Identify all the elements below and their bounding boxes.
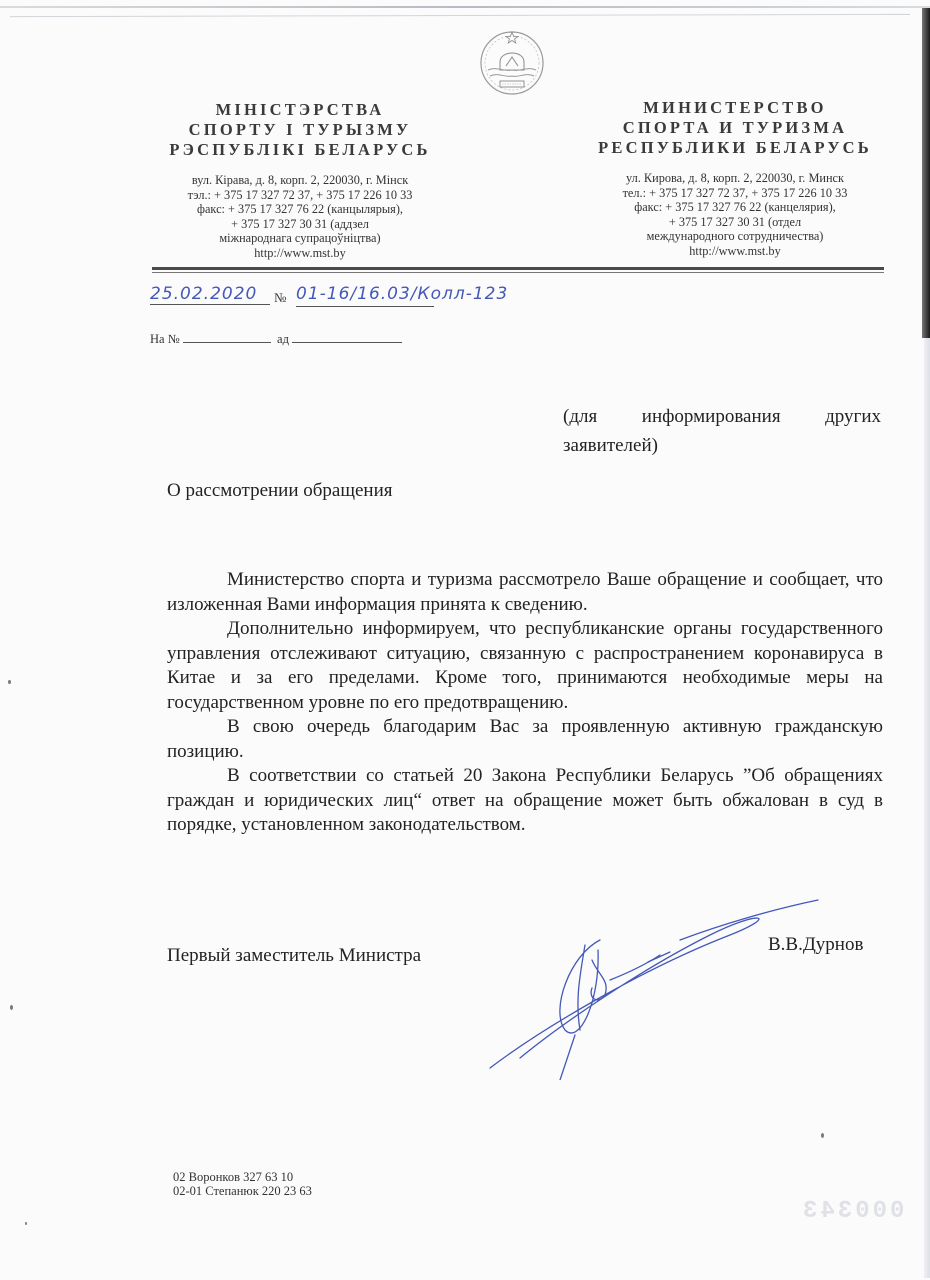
- reference-label: На №: [150, 332, 180, 346]
- page-top-edge: [0, 6, 930, 8]
- contact-line: 02 Воронков 327 63 10: [173, 1171, 312, 1185]
- letterhead-divider: [152, 267, 884, 270]
- handwritten-date: 25.02.2020: [150, 284, 270, 305]
- scan-speck: [8, 680, 11, 684]
- signatory-name: В.В.Дурнов: [768, 934, 863, 956]
- website-link-by[interactable]: http://www.mst.by: [150, 246, 450, 261]
- executor-contacts: 02 Воронков 327 63 10 02-01 Степанюк 220…: [173, 1171, 312, 1198]
- org-name-by: МІНІСТЭРСТВА СПОРТУ І ТУРЫЗМУ РЭСПУБЛІКІ…: [150, 100, 450, 160]
- handwritten-signature: [480, 880, 820, 1080]
- scanner-border: [922, 8, 930, 338]
- reference-date-blank: [292, 341, 402, 343]
- letter-body: Министерство спорта и туризма рассмотрел…: [167, 568, 883, 838]
- addressee: (для информирования других заявителей): [563, 402, 881, 460]
- letterhead-divider-thin: [152, 272, 884, 273]
- scanner-shadow: [924, 338, 930, 1278]
- page-top-edge-line: [10, 14, 910, 17]
- website-link-ru[interactable]: http://www.mst.by: [585, 244, 885, 259]
- address-block-by: вул. Кірава, д. 8, корп. 2, 220030, г. М…: [150, 173, 450, 261]
- reference-from-label: ад: [277, 332, 289, 346]
- body-paragraph: Министерство спорта и туризма рассмотрел…: [167, 568, 883, 617]
- letterhead-belarusian: МІНІСТЭРСТВА СПОРТУ І ТУРЫЗМУ РЭСПУБЛІКІ…: [150, 100, 450, 261]
- contact-line: 02-01 Степанюк 220 23 63: [173, 1185, 312, 1199]
- bleed-through-number: 000343: [800, 1198, 904, 1225]
- scan-speck: [10, 1005, 13, 1010]
- reference-blank: [183, 341, 271, 343]
- scan-speck: [25, 1222, 27, 1225]
- org-name-ru: МИНИСТЕРСТВО СПОРТА И ТУРИЗМА РЕСПУБЛИКИ…: [585, 98, 885, 158]
- letter-subject: О рассмотрении обращения: [167, 480, 393, 502]
- number-underline: [296, 306, 434, 307]
- coat-of-arms-icon: [476, 26, 548, 98]
- body-paragraph: В соответствии со статьей 20 Закона Респ…: [167, 764, 883, 838]
- scan-speck: [821, 1133, 824, 1138]
- reference-line: На № ад: [150, 332, 402, 347]
- number-label: №: [274, 290, 286, 306]
- handwritten-number: 01-16/16.03/Колл-123: [296, 284, 556, 304]
- letterhead-russian: МИНИСТЕРСТВО СПОРТА И ТУРИЗМА РЕСПУБЛИКИ…: [585, 98, 885, 259]
- signatory-title: Первый заместитель Министра: [167, 945, 421, 967]
- body-paragraph: Дополнительно информируем, что республик…: [167, 617, 883, 715]
- address-block-ru: ул. Кирова, д. 8, корп. 2, 220030, г. Ми…: [585, 171, 885, 259]
- body-paragraph: В свою очередь благодарим Вас за проявле…: [167, 715, 883, 764]
